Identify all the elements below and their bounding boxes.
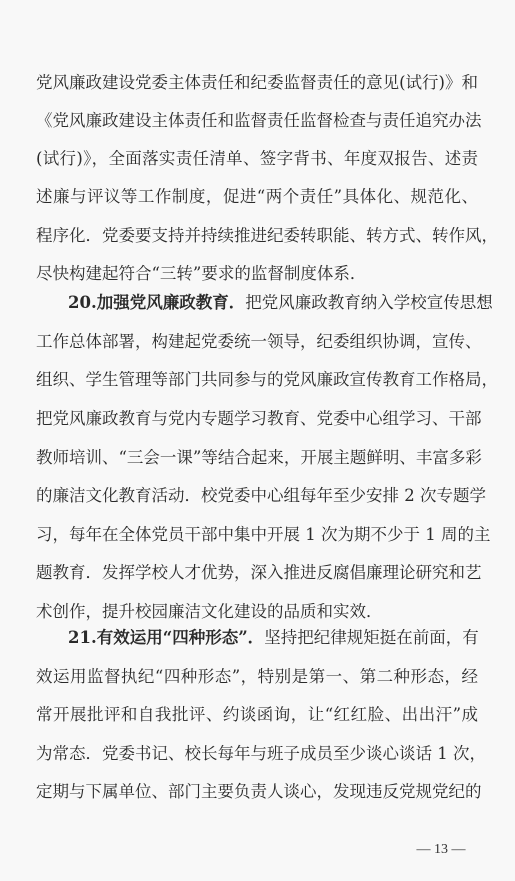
section-21-first-line-text: 坚持把纪律规矩挺在前面，有 <box>264 628 479 647</box>
text-line: 定期与下属单位、部门主要负责人谈心，发现违反党规党纪的 <box>36 780 478 804</box>
text-line: 组织、学生管理等部门共同参与的党风廉政宣传教育工作格局， <box>36 368 478 392</box>
text-line: 术创作，提升校园廉洁文化建设的品质和实效． <box>36 600 478 624</box>
text-line: 为常态．党委书记、校长每年与班子成员至少谈心谈话 1 次， <box>36 742 478 766</box>
section-21-first-line: 21.有效运用“四种形态”．坚持把纪律规矩挺在前面，有 <box>68 626 478 650</box>
text-line: 效运用监督执纪“四种形态”，特别是第一、第二种形态，经 <box>36 665 478 689</box>
section-20-heading: 20.加强党风廉政教育． <box>68 293 245 312</box>
text-line: 尽快构建起符合“三转”要求的监督制度体系． <box>36 262 478 286</box>
text-line: 常开展批评和自我批评、约谈函询，让“红红脸、出出汗”成 <box>36 703 478 727</box>
text-line: (试行)》，全面落实责任清单、签字背书、年度双报告、述责 <box>36 147 478 171</box>
text-line: 题教育．发挥学校人才优势，深入推进反腐倡廉理论研究和艺 <box>36 561 478 585</box>
text-line: 把党风廉政教育与党内专题学习教育、党委中心组学习、干部 <box>36 407 478 431</box>
section-20-first-line: 20.加强党风廉政教育．把党风廉政教育纳入学校宣传思想 <box>68 291 478 315</box>
text-line: 工作总体部署，构建起党委统一领导，纪委组织协调，宣传、 <box>36 330 478 354</box>
section-20-first-line-text: 把党风廉政教育纳入学校宣传思想 <box>245 293 493 312</box>
text-line: 《党风廉政建设主体责任和监督责任监督检查与责任追究办法 <box>36 109 478 133</box>
text-line: 教师培训、“三会一课”等结合起来，开展主题鲜明、丰富多彩 <box>36 446 478 470</box>
section-21-heading: 21.有效运用“四种形态”． <box>68 628 264 647</box>
page-number: — 13 — <box>405 840 477 860</box>
text-line: 述廉与评议等工作制度，促进“两个责任”具体化、规范化、 <box>36 185 478 209</box>
text-line: 的廉洁文化教育活动．校党委中心组每年至少安排 2 次专题学 <box>36 484 478 508</box>
text-line: 习，每年在全体党员干部中集中开展 1 次为期不少于 1 周的主 <box>36 523 478 547</box>
text-line: 程序化．党委要支持并持续推进纪委转职能、转方式、转作风， <box>36 224 478 248</box>
text-line: 党风廉政建设党委主体责任和纪委监督责任的意见(试行)》和 <box>36 71 478 95</box>
document-page: 党风廉政建设党委主体责任和纪委监督责任的意见(试行)》和 《党风廉政建设主体责任… <box>0 0 515 881</box>
